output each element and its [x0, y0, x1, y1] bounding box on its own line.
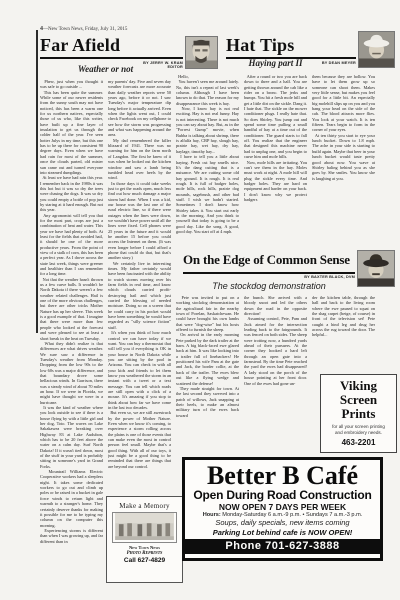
cafe-ad-parking-line: Parking Lot behind cafe is NOW OPEN!: [185, 528, 380, 537]
far-afield-rule: [40, 57, 183, 59]
memory-ad-title: Make a Memory: [110, 502, 179, 510]
page-edge-rule: [36, 30, 38, 333]
memory-ad-phone: Call 627-4829: [110, 557, 179, 564]
haying-part-ii-headline: Haying part II: [176, 58, 375, 68]
folio-line: 4—New Town News, Friday, July 31, 2015: [40, 26, 127, 32]
cafe-ad-name: Better B Café: [185, 462, 380, 489]
stockdog-headline: The stockdog demonstration: [183, 281, 355, 291]
viking-screen-prints-ad: Viking Screen Prints for all your screen…: [320, 374, 397, 453]
make-a-memory-ad: Make a Memory New Town News Photo Reprin…: [106, 496, 183, 583]
viking-ad-tagline: for all your screen printing and embroid…: [324, 424, 393, 435]
hat-tips-title: Hat Tips: [226, 35, 294, 56]
black-portrait-graphic: [358, 251, 394, 286]
common-sense-byline: BY BAXTER BLACK, DVM: [183, 275, 355, 280]
far-afield-column-1: Phew, just when you thought it was safe …: [40, 79, 103, 561]
hat-tips-column-3: them because they are hollow. You have t…: [312, 74, 375, 249]
viking-ad-tagline-2: and embroidery needs.: [324, 430, 393, 436]
cafe-ad-open-line: Open During Road Construction: [185, 489, 380, 502]
memory-ad-photo-graphic: [114, 513, 175, 540]
memory-ad-photo: [112, 512, 177, 543]
viking-ad-tagline-1: for all your screen printing: [324, 424, 393, 430]
common-sense-column-2: the bunch. She arrived with a bloody sno…: [244, 295, 307, 455]
viking-ad-title: Viking Screen Prints: [324, 379, 393, 421]
hat-tips-column-1: Hello, You haven't seen me around lately…: [176, 74, 239, 249]
common-sense-title: On the Edge of Common Sense: [183, 252, 350, 268]
folio-text: —New Town News, Friday, July 31, 2015: [43, 27, 127, 32]
cafe-ad-phone-bar: Phone 701-627-3888: [185, 539, 380, 554]
better-b-cafe-ad: Better B Café Open During Road Construct…: [182, 457, 383, 561]
cafe-ad-days-line: NOW OPEN 7 DAYS PER WEEK: [185, 502, 380, 512]
weather-or-not-headline: Weather or not: [40, 64, 171, 74]
memory-ad-line2: Photo Reprints: [110, 550, 179, 556]
common-sense-column-1: Pete was invited to put on a working sto…: [176, 295, 239, 455]
black-portrait-photo: [357, 250, 395, 287]
common-sense-rule: [183, 272, 355, 274]
far-afield-title: Far Afield: [40, 35, 120, 56]
common-sense-column-3: der the kitchen table, through the hall …: [312, 295, 375, 370]
viking-ad-phone: 463-2201: [324, 438, 393, 447]
cafe-ad-specials-line: Soups, daily specials, new items coming: [185, 519, 380, 528]
hat-tips-column-2: After a round or two you are back down t…: [244, 74, 307, 249]
far-afield-column-2: my parents' day. Five and seven day weat…: [108, 79, 171, 493]
